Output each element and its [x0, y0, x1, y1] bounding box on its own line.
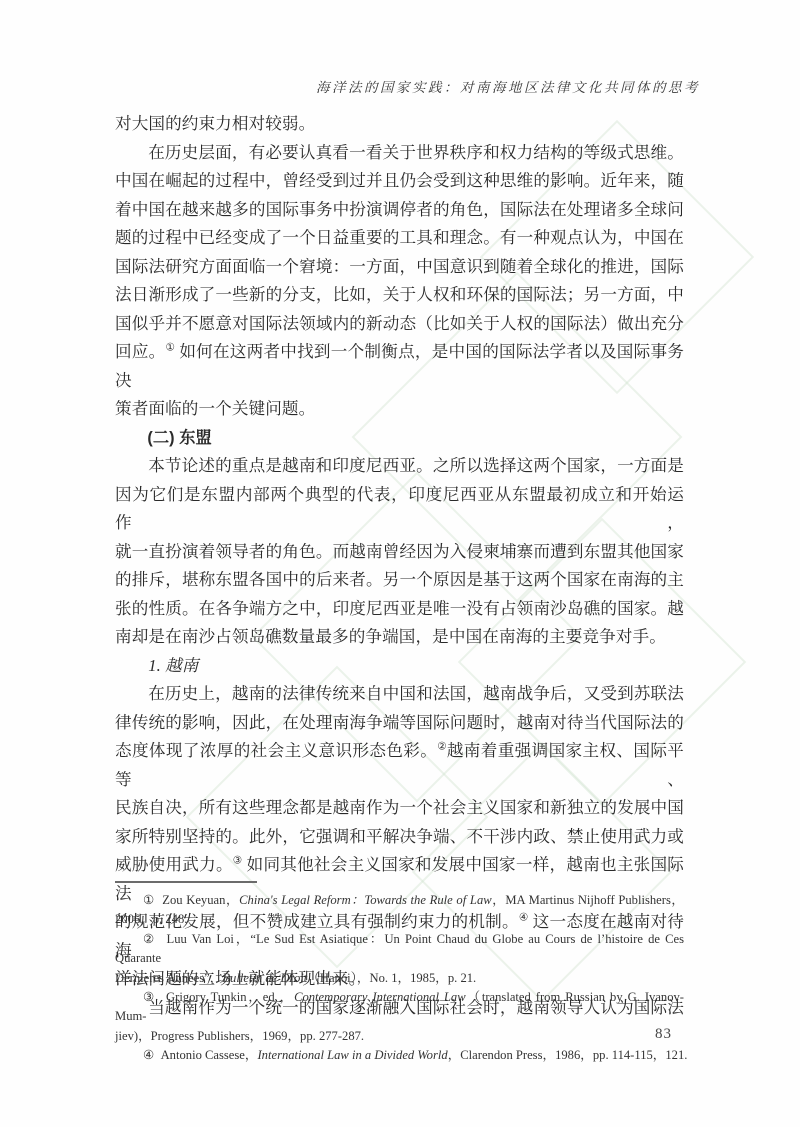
body-line: 在历史上，越南的法律传统来自中国和法国，越南战争后，又受到苏联法 — [115, 680, 684, 709]
footnote-line: 2006，p. 248. — [115, 910, 684, 929]
body-line: 策者面临的一个关键问题。 — [115, 395, 684, 424]
body-line: 中国在崛起的过程中，曾经受到过并且仍会受到这种思维的影响。近年来，随 — [115, 167, 684, 196]
body-line: 张的性质。在各争端方之中，印度尼西亚是唯一没有占领南沙岛礁的国家。越 — [115, 595, 684, 624]
footnote-line: ④ Antonio Cassese，International Law in a… — [115, 1046, 684, 1065]
footnotes: ① Zou Keyuan，China's Legal Reform：Toward… — [115, 891, 684, 1066]
body-line: 民族自决，所有这些理念都是越南作为一个社会主义国家和新独立的发展中国 — [115, 794, 684, 823]
footnote-title-italic: Bulletin de Droit — [222, 971, 307, 985]
footnote-text: ③ Grigory Tunkin，ed.， — [143, 990, 294, 1004]
body-line: 国似乎并不愿意对国际法领域内的新动态（比如关于人权的国际法）做出充分 — [115, 310, 684, 339]
body-line: 律传统的影响，因此，在处理南海争端等国际问题时，越南对待当代国际法的 — [115, 709, 684, 738]
footnote-line: ① Zou Keyuan，China's Legal Reform：Toward… — [115, 891, 684, 910]
footnote-ref: ① — [165, 342, 174, 353]
body-line: 回应。① 如何在这两者中找到一个制衡点，是中国的国际法学者以及国际事务决 — [115, 338, 684, 395]
body-line: 因为它们是东盟内部两个典型的代表，印度尼西亚从东盟最初成立和开始运作， — [115, 481, 684, 538]
footnote-text: （Hanoi），No. 1，1985，p. 21. — [307, 971, 476, 985]
body-line: 对大国的约束力相对较弱。 — [115, 110, 684, 139]
footnote-title-italic: Contemporary International Law — [294, 990, 466, 1004]
body-line: 着中国在越来越多的国际事务中扮演调停者的角色，国际法在处理诸多全球问 — [115, 196, 684, 225]
footnote-line: jiev)，Progress Publishers，1969，pp. 277-2… — [115, 1027, 684, 1046]
footnote-separator — [115, 881, 257, 883]
body-line: 就一直扮演着领导者的角色。而越南曾经因为入侵柬埔寨而遭到东盟其他国家 — [115, 538, 684, 567]
page-number: 83 — [655, 1026, 672, 1043]
book-page: 海洋法的国家实践：对南海地区法律文化共同体的思考 对大国的约束力相对较弱。在历史… — [0, 0, 800, 1127]
body-line: 态度体现了浓厚的社会主义意识形态色彩。②越南着重强调国家主权、国际平等、 — [115, 737, 684, 794]
body-line: 法日渐形成了一些新的分支，比如，关于人权和环保的国际法；另一方面，中 — [115, 281, 684, 310]
body-text: 对大国的约束力相对较弱。在历史层面，有必要认真看一看关于世界秩序和权力结构的等级… — [115, 110, 684, 1022]
footnote-ref: ② — [437, 741, 447, 752]
body-line: 的排斥，堪称东盟各国中的后来者。另一个原因是基于这两个国家在南海的主 — [115, 566, 684, 595]
section-heading: 1. 越南 — [115, 652, 684, 681]
footnote-title-italic: International Law in a Divided World — [257, 1048, 447, 1062]
footnote-text: ，Clarendon Press，1986，pp. 114-115，121. — [448, 1048, 688, 1062]
footnote-line: Dernieres Annees”，Bulletin de Droit（Hano… — [115, 969, 684, 988]
section-heading: (二) 东盟 — [115, 424, 684, 453]
footnote-line: ③ Grigory Tunkin，ed.，Contemporary Intern… — [115, 988, 684, 1027]
footnote-text: ① Zou Keyuan， — [143, 893, 239, 907]
footnote-text: 2006，p. 248. — [115, 912, 187, 926]
footnote-text: ，MA Martinus Nijhoff Publishers， — [492, 893, 684, 907]
footnote-text: jiev)，Progress Publishers，1969，pp. 277-2… — [115, 1029, 364, 1043]
running-header: 海洋法的国家实践：对南海地区法律文化共同体的思考 — [316, 76, 700, 96]
body-line: 国际法研究方面面临一个窘境：一方面，中国意识到随着全球化的推进，国际 — [115, 253, 684, 282]
body-line: 题的过程中已经变成了一个日益重要的工具和理念。有一种观点认为，中国在 — [115, 224, 684, 253]
body-line: 南却是在南沙占领岛礁数量最多的争端国，是中国在南海的主要竞争对手。 — [115, 623, 684, 652]
body-line: 家所特别坚持的。此外，它强调和平解决争端、不干涉内政、禁止使用武力或 — [115, 823, 684, 852]
footnote-line: ② Luu Van Loi，“Le Sud Est Asiatique：Un P… — [115, 930, 684, 969]
footnote-text: ④ Antonio Cassese， — [143, 1048, 257, 1062]
footnote-title-italic: China's Legal Reform：Towards the Rule of… — [239, 893, 492, 907]
body-line: 在历史层面，有必要认真看一看关于世界秩序和权力结构的等级式思维。 — [115, 139, 684, 168]
footnote-text: ② Luu Van Loi，“Le Sud Est Asiatique：Un P… — [115, 932, 684, 965]
body-line: 本节论述的重点是越南和印度尼西亚。之所以选择这两个国家，一方面是 — [115, 452, 684, 481]
footnote-ref: ③ — [233, 855, 242, 866]
footnote-text: Dernieres Annees”， — [115, 971, 222, 985]
